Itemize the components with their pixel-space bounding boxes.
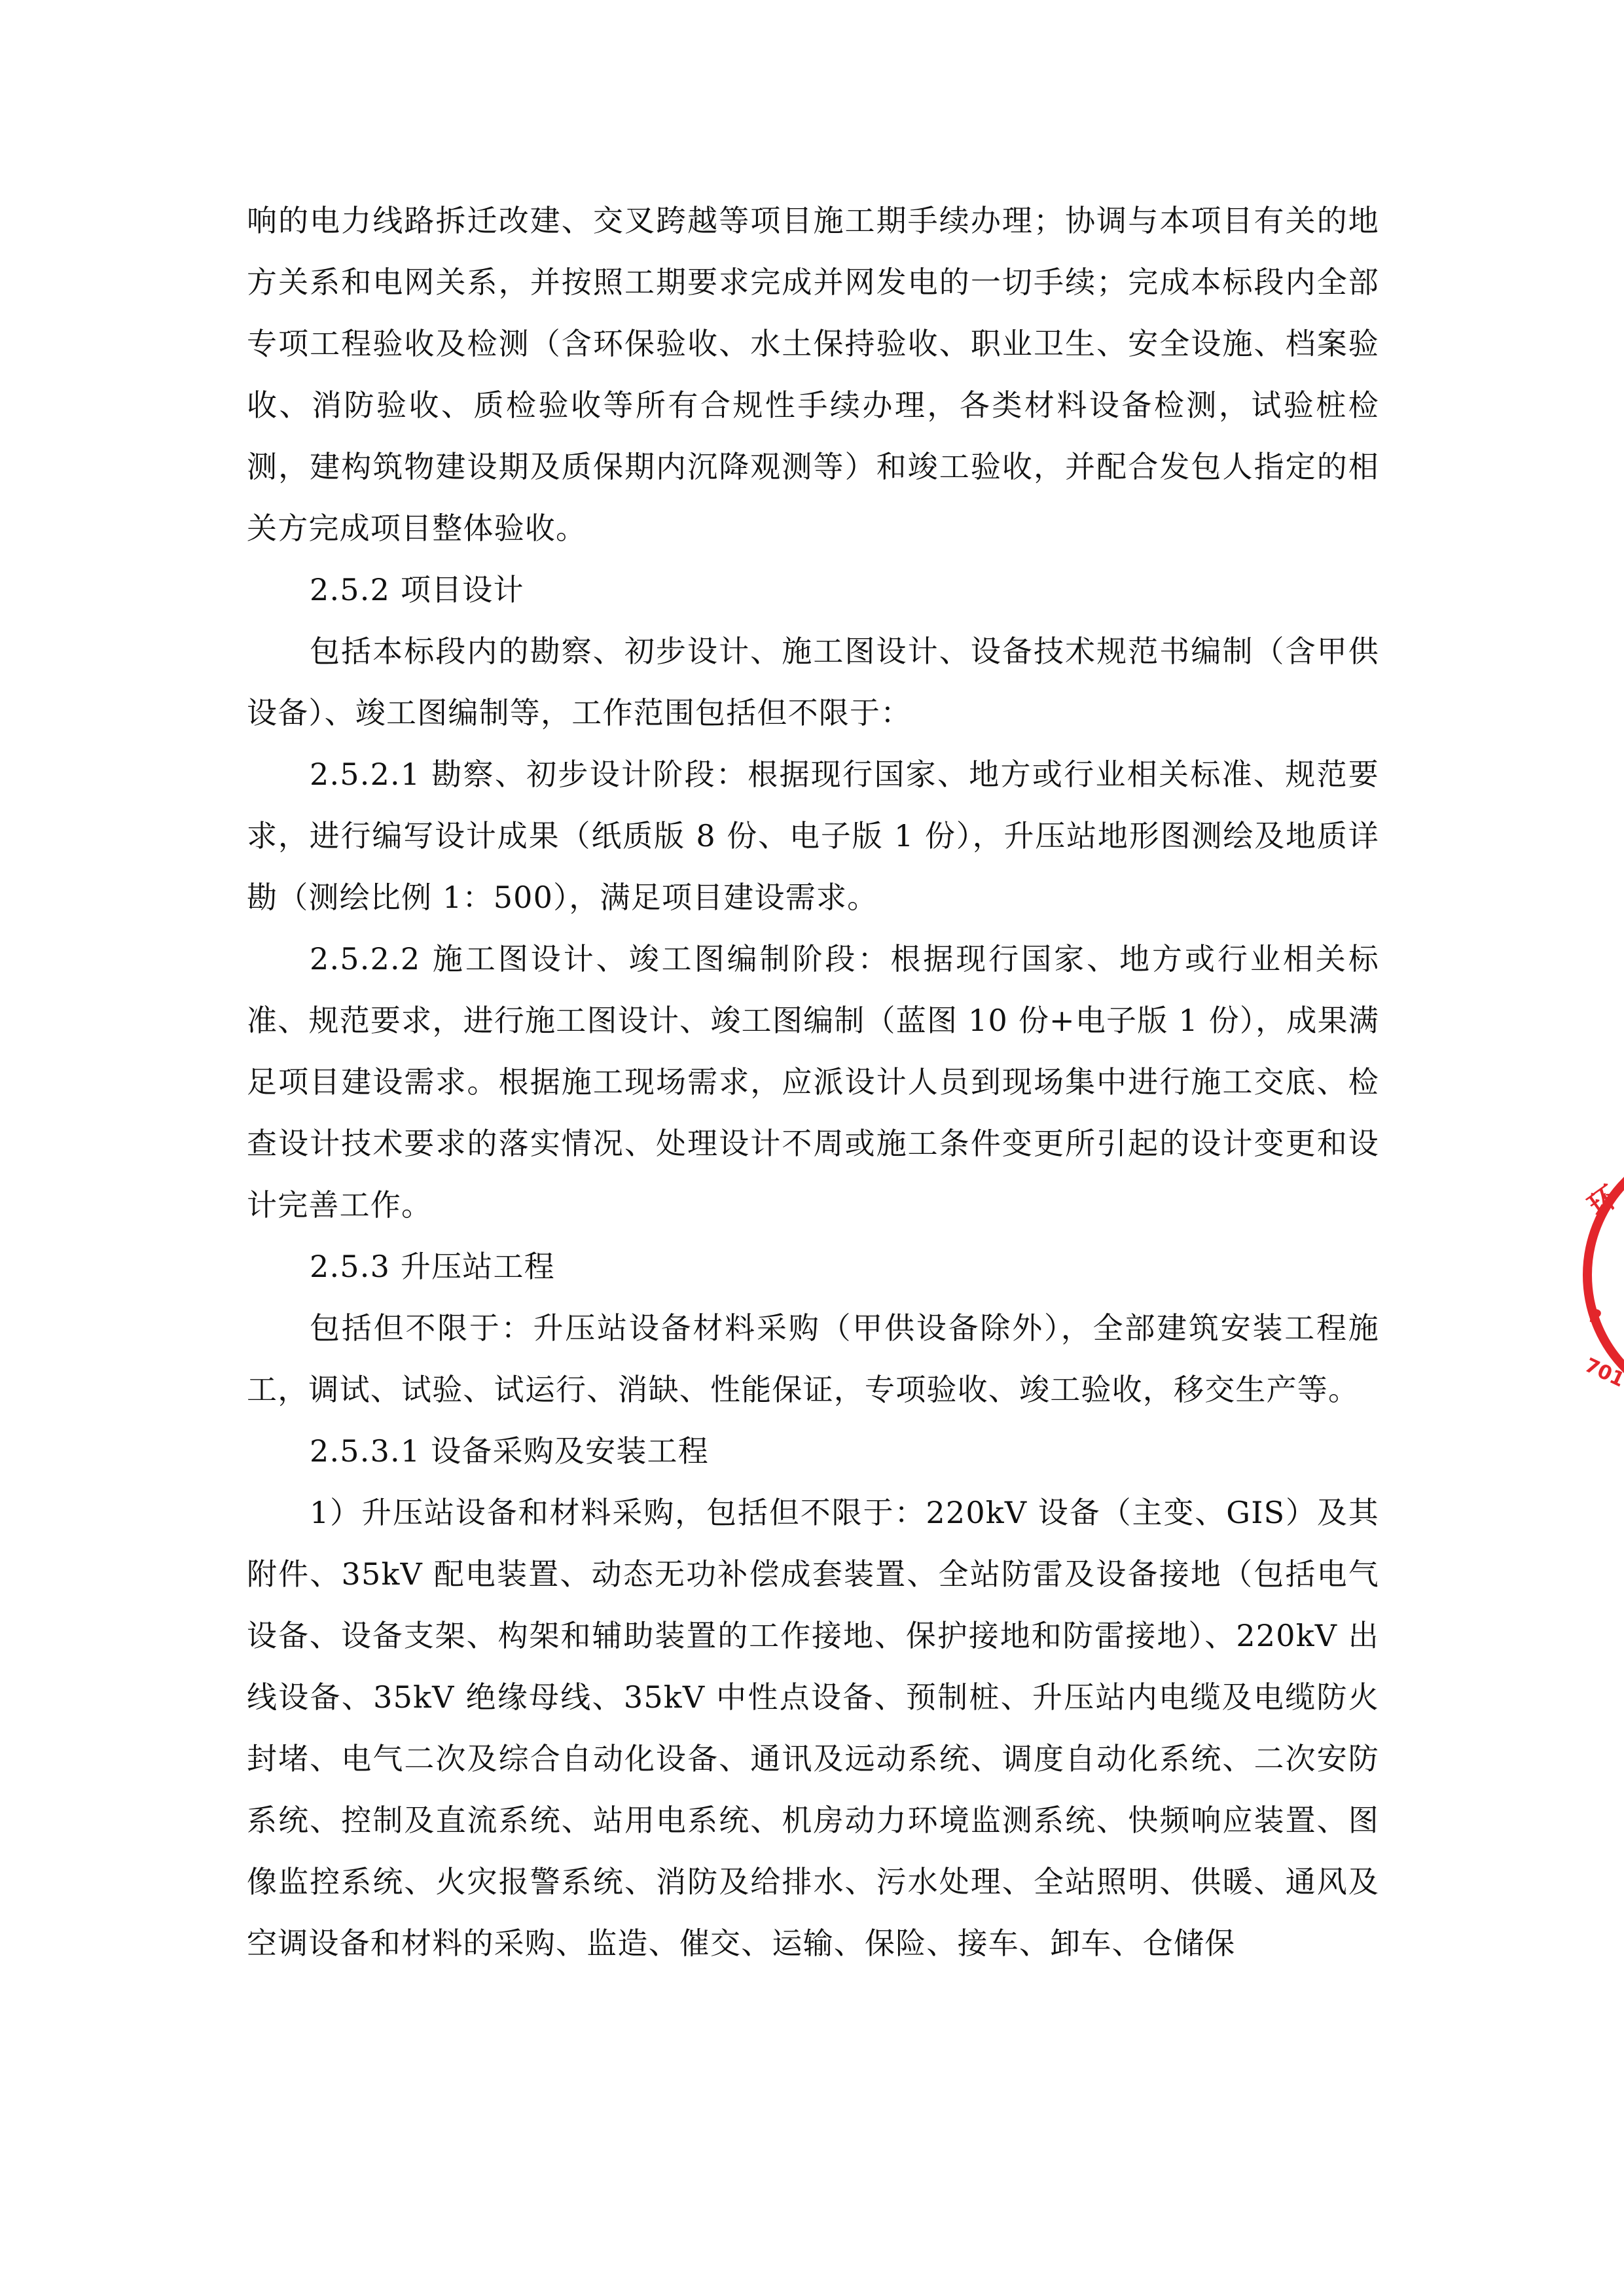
paragraph-2-5-2-1: 2.5.2.1 勘察、初步设计阶段：根据现行国家、地方或行业相关标准、规范要求，…: [247, 744, 1379, 928]
paragraph-procedures: 响的电力线路拆迁改建、交叉跨越等项目施工期手续办理；协调与本项目有关的地方关系和…: [247, 190, 1379, 559]
paragraph-2-5-2-2: 2.5.2.2 施工图设计、竣工图编制阶段：根据现行国家、地方或行业相关标准、规…: [247, 928, 1379, 1236]
document-page: 响的电力线路拆迁改建、交叉跨越等项目施工期手续办理；协调与本项目有关的地方关系和…: [247, 190, 1379, 1974]
paragraph-design-scope: 包括本标段内的勘察、初步设计、施工图设计、设备技术规范书编制（含甲供设备）、竣工…: [247, 620, 1379, 744]
paragraph-substation-scope: 包括但不限于：升压站设备材料采购（甲供设备除外），全部建筑安装工程施工，调试、试…: [247, 1297, 1379, 1420]
heading-2-5-3: 2.5.3 升压站工程: [247, 1236, 1379, 1297]
heading-2-5-3-1: 2.5.3.1 设备采购及安装工程: [247, 1420, 1379, 1482]
heading-2-5-2: 2.5.2 项目设计: [247, 559, 1379, 620]
paragraph-equipment-procurement: 1）升压站设备和材料采购，包括但不限于：220kV 设备（主变、GIS）及其附件…: [247, 1482, 1379, 1974]
